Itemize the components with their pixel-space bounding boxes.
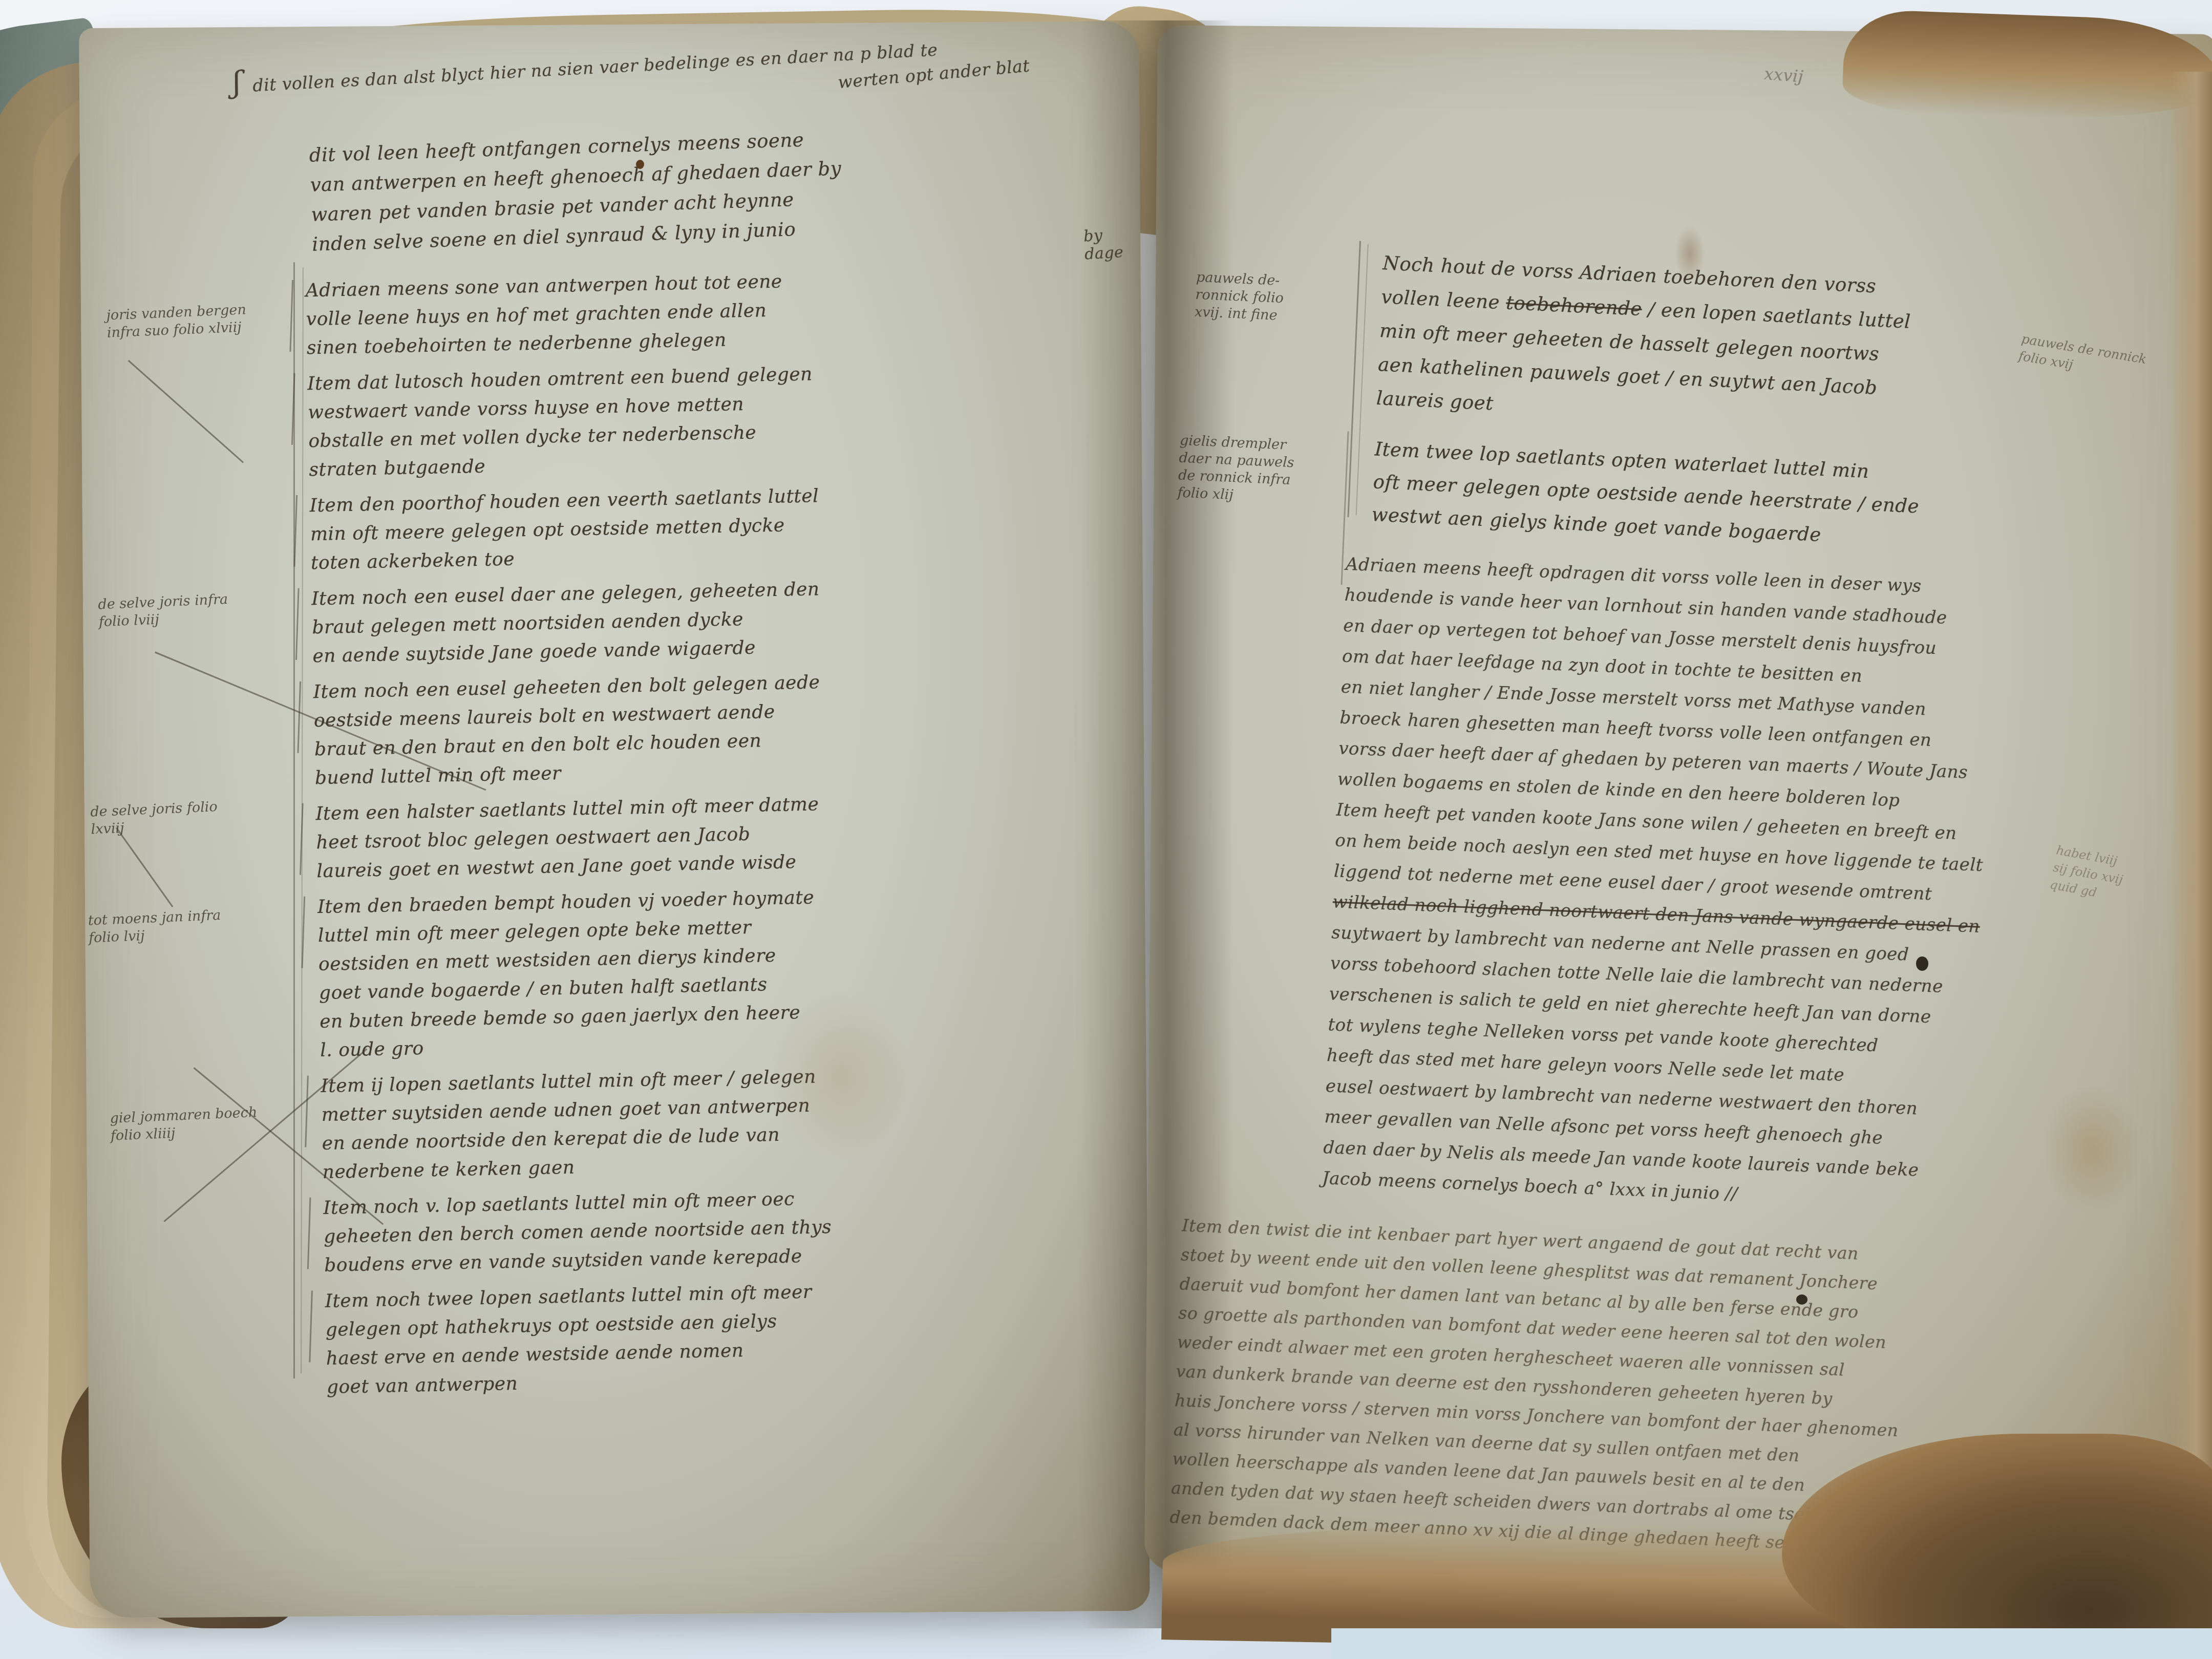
- left-intro-block: dit vol leen heeft ontfangen cornelys me…: [309, 124, 844, 259]
- connector-line: [116, 827, 174, 907]
- item-stroke: [1347, 241, 1361, 518]
- margin-rule: [293, 262, 295, 1378]
- intro-side-note: by dage: [1083, 224, 1141, 263]
- folio-number: xxvij: [1763, 64, 1804, 87]
- struck-word: toebehorende: [1505, 292, 1642, 320]
- left-entries-block: Adriaen meens sone van antwerpen hout to…: [305, 260, 836, 1402]
- right-bottom-block: Item den twist die int kenbaer part hyer…: [1169, 1210, 1906, 1562]
- margin-note: tot moens jan infrafolio lvij: [88, 907, 222, 947]
- margin-note: giel jommaren boechfolio xliiij: [110, 1104, 259, 1145]
- right-para2: Item twee lop saetlants opten waterlaet …: [1371, 433, 1921, 556]
- photo-open-manuscript: ʃdit vollen es dan alst blyct hier na si…: [0, 0, 2212, 1659]
- right-page: xxvij pauwels de-ronnick folioxvij. int …: [1144, 25, 2212, 1581]
- margin-note: de selve joris infrafolio lviij: [98, 591, 229, 631]
- margin-note-right: pauwels de ronnickfolio xvij: [2017, 330, 2148, 386]
- margin-note-faint: habet lviijsij folio xvijquid gd: [2049, 841, 2128, 905]
- right-para1: Noch hout de vorss Adriaen toebehoren de…: [1376, 246, 1913, 440]
- margin-note: de selve joris foliolxviij: [90, 798, 219, 838]
- left-page: ʃdit vollen es dan alst blyct hier na si…: [79, 21, 1150, 1618]
- right-dense-block: Adriaen meens heeft opdragen dit vorss v…: [1322, 549, 1994, 1219]
- table-sliver-bottom: [1331, 1628, 2212, 1659]
- left-header-note: ʃdit vollen es dan alst blyct hier na si…: [232, 23, 1030, 120]
- margin-note-line: xvij. int fine: [1194, 304, 1283, 325]
- margin-note: gielis dremplerdaer na pauwelsde ronnick…: [1177, 432, 1295, 507]
- paragraph-mark: ʃ: [232, 65, 242, 100]
- text-span: vollen leene: [1381, 286, 1507, 313]
- margin-note: pauwels de-ronnick folioxvij. int fine: [1194, 269, 1285, 325]
- margin-note: joris vanden bergeninfra suo folio xlvii…: [106, 301, 247, 342]
- header-line: dit vollen es dan alst blyct hier na sie…: [252, 39, 938, 95]
- connector-line: [128, 360, 244, 463]
- text-span: / een lopen saetlants luttel: [1642, 298, 1911, 333]
